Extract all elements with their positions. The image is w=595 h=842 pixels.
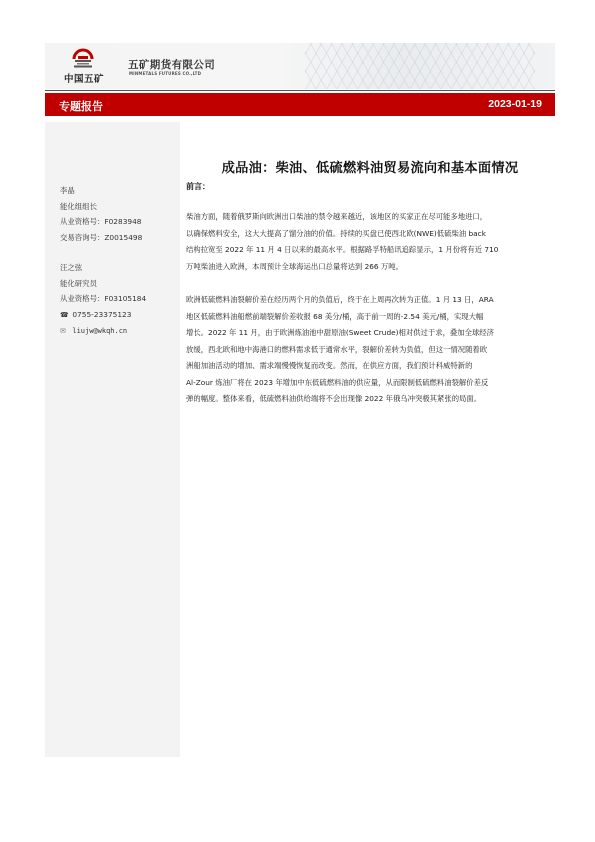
analyst-name: 李晶 xyxy=(60,183,142,199)
analyst-phone: 0755-23375123 xyxy=(72,310,131,319)
report-type-bar: 专题报告 2023-01-19 xyxy=(45,93,555,116)
analyst-license: 从业资格号：F03105184 xyxy=(60,291,146,307)
paragraph-line: Al-Zour 炼油厂将在 2023 年增加中东低硫燃料油的供应量，从而限制低硫… xyxy=(186,375,552,392)
paragraph-line: 结构拉宽至 2022 年 11 月 4 日以来的最高水平。根据路孚特船讯追踪显示… xyxy=(186,242,552,259)
paragraph-line: 欧洲低硫燃料油裂解价差在经历两个月的负值后，终于在上周再次转为正值。1 月 13… xyxy=(186,292,552,309)
phone-icon: ☎ xyxy=(60,308,70,324)
analyst-license: 从业资格号：F0283948 xyxy=(60,214,142,230)
paragraph-line: 洲船加油活动的增加、需求端慢慢恢复而改变。然而，在供应方面，我们预计科威特新的 xyxy=(186,358,552,375)
report-type-label: 专题报告 xyxy=(59,98,103,114)
analyst-email-row: ✉ liujw@wkqh.cn xyxy=(60,323,146,340)
minmetals-logo-icon xyxy=(71,47,95,69)
report-title: 成品油：柴油、低硫燃料油贸易流向和基本面情况 xyxy=(180,157,560,176)
preface-label: 前言： xyxy=(186,181,210,192)
paragraph-line: 弹的幅度。整体来看，低硫燃料油供给端将不会出现像 2022 年俄乌冲突极其紧张的… xyxy=(186,391,552,408)
company-name-cn: 五矿期货有限公司 xyxy=(128,57,215,72)
paragraph-diesel: 柴油方面，随着俄罗斯向欧洲出口柴油的禁令越来越近，该地区的买家正在尽可能多地进口… xyxy=(186,209,552,275)
header-divider xyxy=(45,90,555,91)
report-header-banner xyxy=(45,43,555,89)
paragraph-fuel-oil: 欧洲低硫燃料油裂解价差在经历两个月的负值后，终于在上周再次转为正值。1 月 13… xyxy=(186,292,552,408)
analyst-name: 汪之弦 xyxy=(60,260,146,276)
logo-text: 中国五矿 xyxy=(64,71,104,85)
paragraph-line: 柴油方面，随着俄罗斯向欧洲出口柴油的禁令越来越近，该地区的买家正在尽可能多地进口… xyxy=(186,209,552,226)
report-date: 2023-01-19 xyxy=(488,98,542,110)
company-name-en: MINMETALS FUTURES CO.,LTD xyxy=(129,71,201,76)
paragraph-line: 增长。2022 年 11 月，由于欧洲炼油池中甜原油(Sweet Crude)相… xyxy=(186,325,552,342)
analyst-card-2: 汪之弦 能化研究员 从业资格号：F03105184 ☎ 0755-2337512… xyxy=(60,260,146,340)
paragraph-line: 地区低硫燃料油船燃前端裂解价差收报 68 美分/桶，高于前一周的-2.54 美元… xyxy=(186,309,552,326)
analyst-card-1: 李晶 能化组组长 从业资格号：F0283948 交易咨询号：Z0015498 xyxy=(60,183,142,245)
email-icon: ✉ xyxy=(60,324,70,340)
paragraph-line: 万吨柴油进入欧洲，本周预计全球海运出口总量将达到 266 万吨。 xyxy=(186,259,552,276)
analyst-phone-row: ☎ 0755-23375123 xyxy=(60,307,146,324)
paragraph-line: 放缓，西北欧和地中海港口的燃料需求低于通常水平，裂解价差转为负值，但这一情况随着… xyxy=(186,342,552,359)
paragraph-line: 以确保燃料安全，这大大提高了馏分油的价值。持续的买盘已使西北欧(NWE)低硫柴油… xyxy=(186,226,552,243)
analyst-consult-number: 交易咨询号：Z0015498 xyxy=(60,230,142,246)
analyst-email[interactable]: liujw@wkqh.cn xyxy=(72,327,127,335)
building-grid-decoration xyxy=(305,43,535,89)
analyst-title: 能化研究员 xyxy=(60,276,146,292)
analyst-title: 能化组组长 xyxy=(60,199,142,215)
